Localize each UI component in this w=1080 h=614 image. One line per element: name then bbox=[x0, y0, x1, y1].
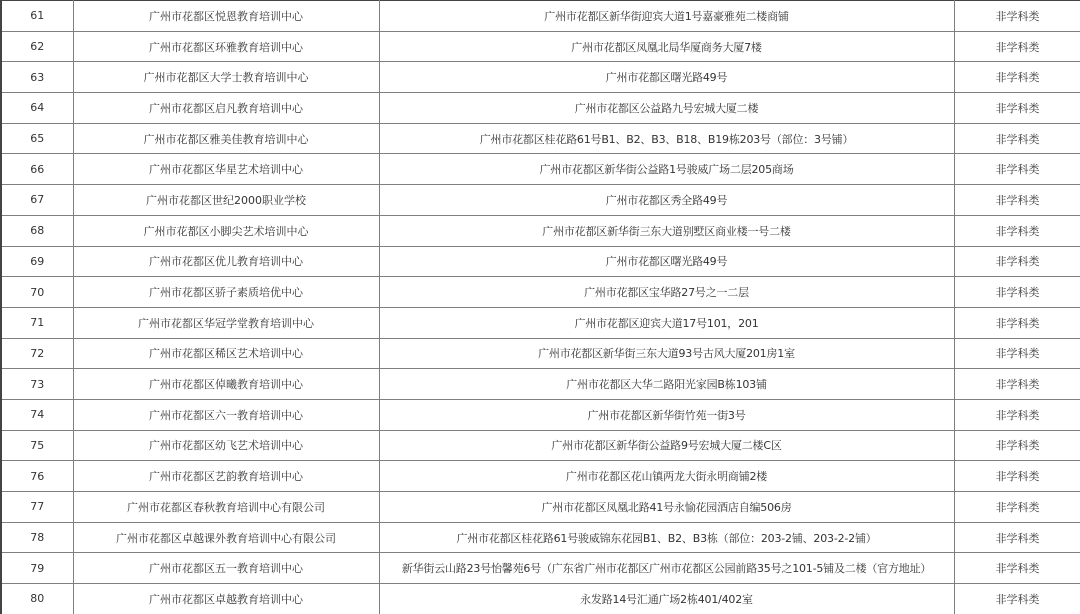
institution-address: 广州市花都区曙光路49号 bbox=[379, 62, 954, 93]
institution-name: 广州市花都区卓越课外教育培训中心有限公司 bbox=[73, 522, 379, 553]
institution-address: 广州市花都区新华街公益路1号骏威广场二层205商场 bbox=[379, 154, 954, 185]
row-number: 63 bbox=[1, 62, 73, 93]
institution-name: 广州市花都区雅美佳教育培训中心 bbox=[73, 123, 379, 154]
institution-type: 非学科类 bbox=[954, 215, 1080, 246]
institution-name: 广州市花都区华冠学堂教育培训中心 bbox=[73, 307, 379, 338]
table-row: 80广州市花都区卓越教育培训中心永发路14号汇通广场2栋401/402室非学科类 bbox=[1, 584, 1080, 614]
institution-type: 非学科类 bbox=[954, 492, 1080, 523]
table-row: 69广州市花都区优儿教育培训中心广州市花都区曙光路49号非学科类 bbox=[1, 246, 1080, 277]
institution-address: 广州市花都区新华街竹苑一街3号 bbox=[379, 399, 954, 430]
institution-type: 非学科类 bbox=[954, 338, 1080, 369]
institution-address: 广州市花都区花山镇两龙大街永明商铺2楼 bbox=[379, 461, 954, 492]
institution-address: 广州市花都区凤凰北路41号永愉花园酒店自编506房 bbox=[379, 492, 954, 523]
table-row: 66广州市花都区华星艺术培训中心广州市花都区新华街公益路1号骏威广场二层205商… bbox=[1, 154, 1080, 185]
row-number: 73 bbox=[1, 369, 73, 400]
row-number: 61 bbox=[1, 1, 73, 32]
row-number: 72 bbox=[1, 338, 73, 369]
institution-type: 非学科类 bbox=[954, 62, 1080, 93]
institution-name: 广州市花都区稀区艺术培训中心 bbox=[73, 338, 379, 369]
institution-name: 广州市花都区骄子素质培优中心 bbox=[73, 277, 379, 308]
row-number: 64 bbox=[1, 93, 73, 124]
institution-name: 广州市花都区五一教育培训中心 bbox=[73, 553, 379, 584]
row-number: 71 bbox=[1, 307, 73, 338]
table-row: 63广州市花都区大学士教育培训中心广州市花都区曙光路49号非学科类 bbox=[1, 62, 1080, 93]
institution-type: 非学科类 bbox=[954, 430, 1080, 461]
institution-address: 广州市花都区新华街三东大道93号古风大厦201房1室 bbox=[379, 338, 954, 369]
row-number: 66 bbox=[1, 154, 73, 185]
table-row: 74广州市花都区六一教育培训中心广州市花都区新华街竹苑一街3号非学科类 bbox=[1, 399, 1080, 430]
institution-name: 广州市花都区悦恩教育培训中心 bbox=[73, 1, 379, 32]
institution-address: 广州市花都区宝华路27号之一二层 bbox=[379, 277, 954, 308]
table-row: 76广州市花都区艺韵教育培训中心广州市花都区花山镇两龙大街永明商铺2楼非学科类 bbox=[1, 461, 1080, 492]
institution-type: 非学科类 bbox=[954, 123, 1080, 154]
institution-type: 非学科类 bbox=[954, 93, 1080, 124]
table-body: 61广州市花都区悦恩教育培训中心广州市花都区新华街迎宾大道1号嘉豪雅苑二楼商铺非… bbox=[1, 1, 1080, 614]
institution-address: 广州市花都区迎宾大道17号101，201 bbox=[379, 307, 954, 338]
institution-address: 广州市花都区新华街三东大道别墅区商业楼一号二楼 bbox=[379, 215, 954, 246]
institution-name: 广州市花都区艺韵教育培训中心 bbox=[73, 461, 379, 492]
institution-name: 广州市花都区春秋教育培训中心有限公司 bbox=[73, 492, 379, 523]
institution-type: 非学科类 bbox=[954, 369, 1080, 400]
institution-name: 广州市花都区世纪2000职业学校 bbox=[73, 185, 379, 216]
institution-type: 非学科类 bbox=[954, 185, 1080, 216]
table-row: 77广州市花都区春秋教育培训中心有限公司广州市花都区凤凰北路41号永愉花园酒店自… bbox=[1, 492, 1080, 523]
row-number: 74 bbox=[1, 399, 73, 430]
institution-address: 新华街云山路23号怡馨苑6号（广东省广州市花都区广州市花都区公园前路35号之10… bbox=[379, 553, 954, 584]
institution-name: 广州市花都区华星艺术培训中心 bbox=[73, 154, 379, 185]
row-number: 77 bbox=[1, 492, 73, 523]
table-row: 64广州市花都区启凡教育培训中心广州市花都区公益路九号宏城大厦二楼非学科类 bbox=[1, 93, 1080, 124]
table-row: 67广州市花都区世纪2000职业学校广州市花都区秀全路49号非学科类 bbox=[1, 185, 1080, 216]
institution-type: 非学科类 bbox=[954, 553, 1080, 584]
institution-type: 非学科类 bbox=[954, 246, 1080, 277]
institution-address: 广州市花都区新华街公益路9号宏城大厦二楼C区 bbox=[379, 430, 954, 461]
table-row: 70广州市花都区骄子素质培优中心广州市花都区宝华路27号之一二层非学科类 bbox=[1, 277, 1080, 308]
institution-type: 非学科类 bbox=[954, 307, 1080, 338]
row-number: 69 bbox=[1, 246, 73, 277]
row-number: 68 bbox=[1, 215, 73, 246]
institution-name: 广州市花都区卓越教育培训中心 bbox=[73, 584, 379, 614]
row-number: 78 bbox=[1, 522, 73, 553]
institution-name: 广州市花都区启凡教育培训中心 bbox=[73, 93, 379, 124]
row-number: 76 bbox=[1, 461, 73, 492]
institution-address: 广州市花都区凤凰北局华厦商务大厦7楼 bbox=[379, 31, 954, 62]
table-row: 62广州市花都区环雅教育培训中心广州市花都区凤凰北局华厦商务大厦7楼非学科类 bbox=[1, 31, 1080, 62]
table-row: 71广州市花都区华冠学堂教育培训中心广州市花都区迎宾大道17号101，201非学… bbox=[1, 307, 1080, 338]
institution-name: 广州市花都区倬曦教育培训中心 bbox=[73, 369, 379, 400]
row-number: 65 bbox=[1, 123, 73, 154]
institution-name: 广州市花都区幼飞艺术培训中心 bbox=[73, 430, 379, 461]
row-number: 75 bbox=[1, 430, 73, 461]
table-row: 68广州市花都区小脚尖艺术培训中心广州市花都区新华街三东大道别墅区商业楼一号二楼… bbox=[1, 215, 1080, 246]
row-number: 70 bbox=[1, 277, 73, 308]
institution-address: 广州市花都区秀全路49号 bbox=[379, 185, 954, 216]
institution-type: 非学科类 bbox=[954, 399, 1080, 430]
institution-type: 非学科类 bbox=[954, 154, 1080, 185]
institution-address: 广州市花都区桂花路61号B1、B2、B3、B18、B19栋203号（部位：3号铺… bbox=[379, 123, 954, 154]
table-row: 73广州市花都区倬曦教育培训中心广州市花都区大华二路阳光家园B栋103铺非学科类 bbox=[1, 369, 1080, 400]
institution-type: 非学科类 bbox=[954, 522, 1080, 553]
table-row: 75广州市花都区幼飞艺术培训中心广州市花都区新华街公益路9号宏城大厦二楼C区非学… bbox=[1, 430, 1080, 461]
row-number: 62 bbox=[1, 31, 73, 62]
table-row: 65广州市花都区雅美佳教育培训中心广州市花都区桂花路61号B1、B2、B3、B1… bbox=[1, 123, 1080, 154]
institutions-table: 61广州市花都区悦恩教育培训中心广州市花都区新华街迎宾大道1号嘉豪雅苑二楼商铺非… bbox=[0, 0, 1080, 614]
institution-type: 非学科类 bbox=[954, 31, 1080, 62]
institution-address: 广州市花都区新华街迎宾大道1号嘉豪雅苑二楼商铺 bbox=[379, 1, 954, 32]
table-row: 78广州市花都区卓越课外教育培训中心有限公司广州市花都区桂花路61号骏威锦东花园… bbox=[1, 522, 1080, 553]
institution-address: 永发路14号汇通广场2栋401/402室 bbox=[379, 584, 954, 614]
institution-address: 广州市花都区公益路九号宏城大厦二楼 bbox=[379, 93, 954, 124]
table-row: 79广州市花都区五一教育培训中心新华街云山路23号怡馨苑6号（广东省广州市花都区… bbox=[1, 553, 1080, 584]
row-number: 80 bbox=[1, 584, 73, 614]
institution-name: 广州市花都区优儿教育培训中心 bbox=[73, 246, 379, 277]
institution-type: 非学科类 bbox=[954, 584, 1080, 614]
table-row: 61广州市花都区悦恩教育培训中心广州市花都区新华街迎宾大道1号嘉豪雅苑二楼商铺非… bbox=[1, 1, 1080, 32]
institution-address: 广州市花都区曙光路49号 bbox=[379, 246, 954, 277]
row-number: 67 bbox=[1, 185, 73, 216]
institution-name: 广州市花都区大学士教育培训中心 bbox=[73, 62, 379, 93]
institution-name: 广州市花都区小脚尖艺术培训中心 bbox=[73, 215, 379, 246]
institution-name: 广州市花都区环雅教育培训中心 bbox=[73, 31, 379, 62]
institution-address: 广州市花都区大华二路阳光家园B栋103铺 bbox=[379, 369, 954, 400]
row-number: 79 bbox=[1, 553, 73, 584]
institution-name: 广州市花都区六一教育培训中心 bbox=[73, 399, 379, 430]
institution-type: 非学科类 bbox=[954, 1, 1080, 32]
institution-address: 广州市花都区桂花路61号骏威锦东花园B1、B2、B3栋（部位：203-2铺、20… bbox=[379, 522, 954, 553]
institution-type: 非学科类 bbox=[954, 461, 1080, 492]
table-row: 72广州市花都区稀区艺术培训中心广州市花都区新华街三东大道93号古风大厦201房… bbox=[1, 338, 1080, 369]
institution-type: 非学科类 bbox=[954, 277, 1080, 308]
